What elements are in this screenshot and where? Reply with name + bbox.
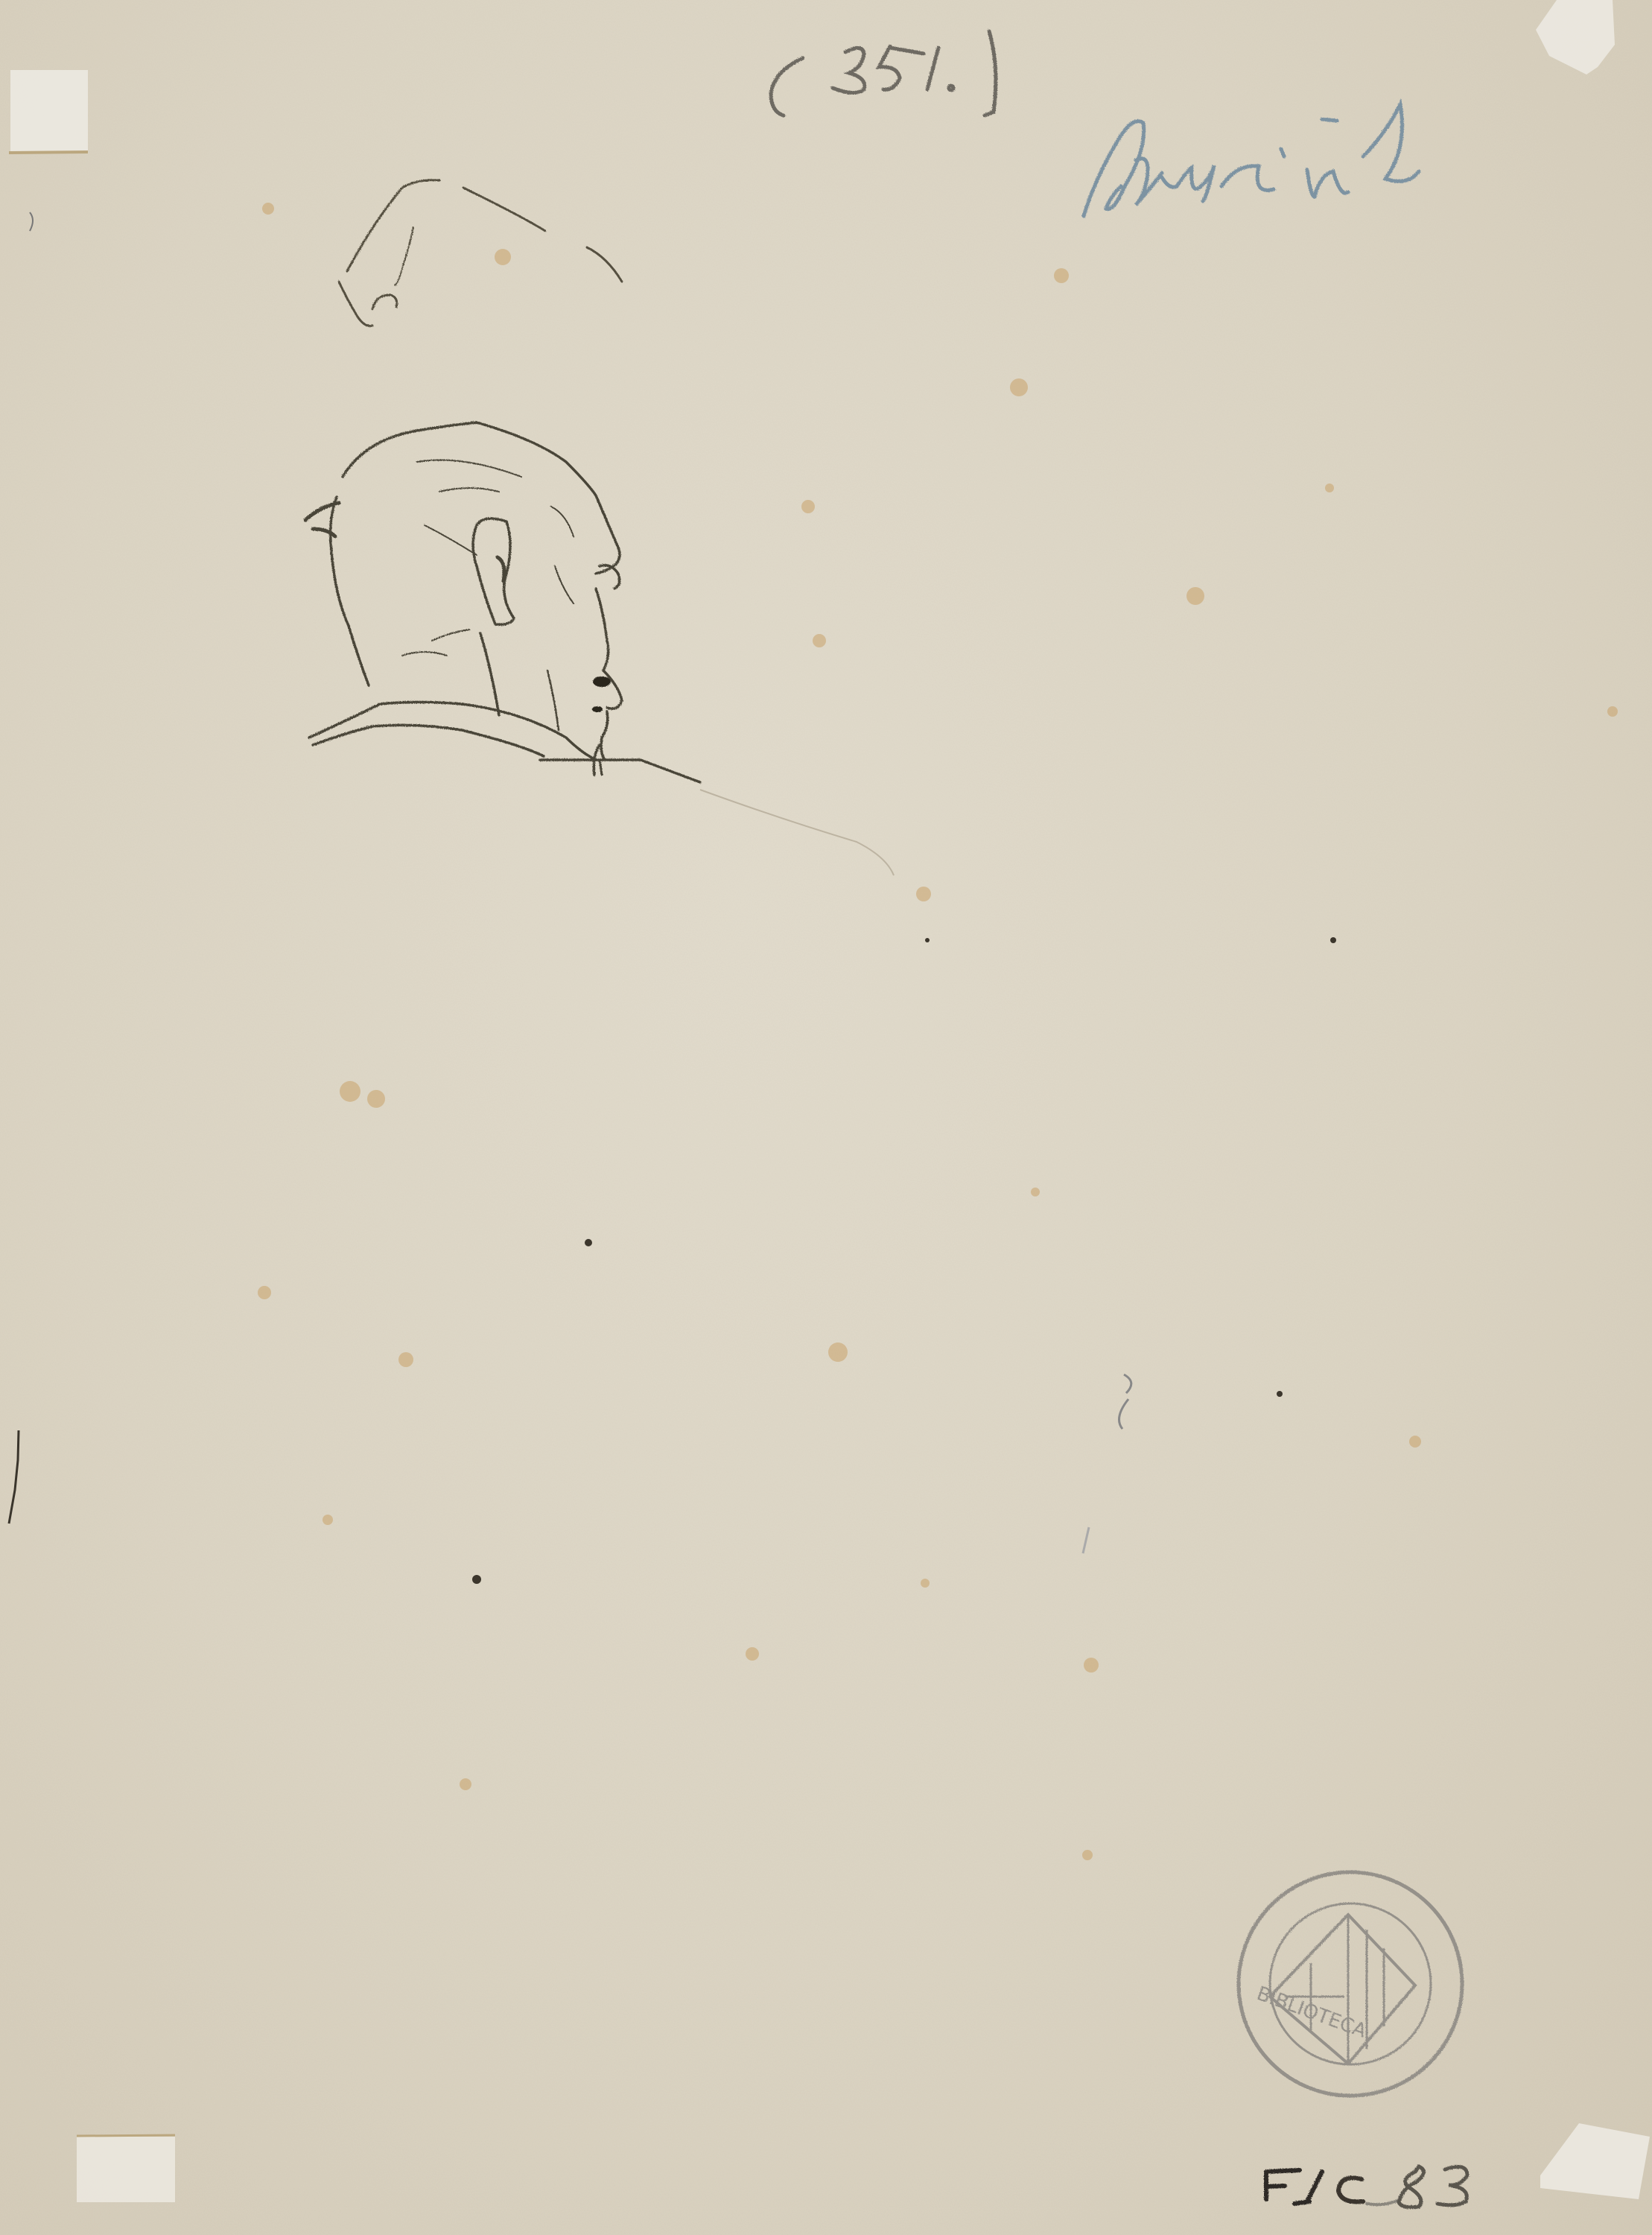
paper-grain (0, 0, 1652, 2235)
tape-bottom-left (77, 2135, 175, 2202)
paper-sheet: BIBLIOTECA (351.) Rusiñol F/C 83 (0, 0, 1652, 2235)
drawing-canvas: BIBLIOTECA (0, 0, 1652, 2235)
tape-top-left (9, 70, 88, 153)
